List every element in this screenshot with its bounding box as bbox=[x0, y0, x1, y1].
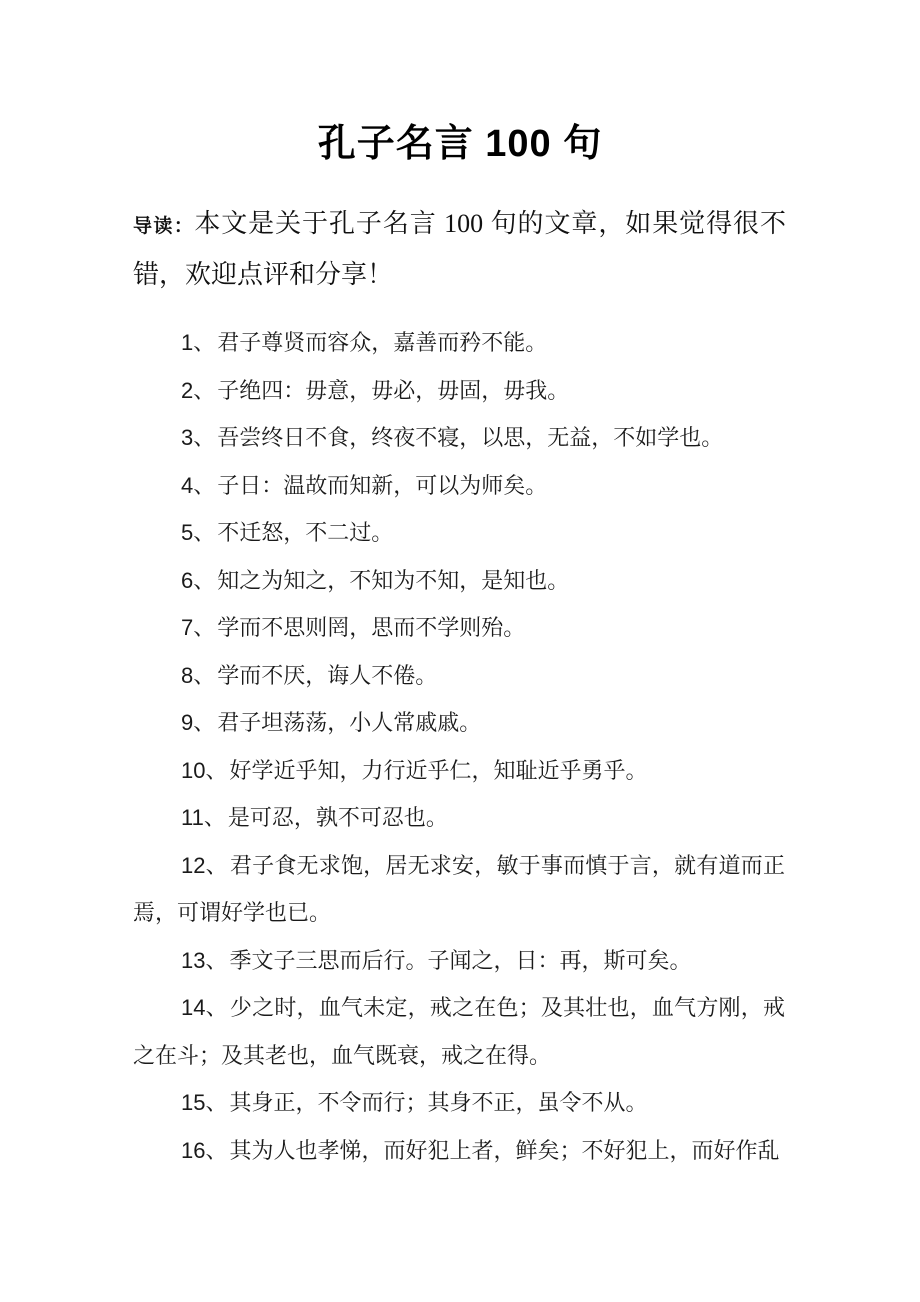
quote-item: 11、是可忍，孰不可忍也。 bbox=[133, 794, 785, 842]
quote-text: 学而不厌，诲人不倦。 bbox=[217, 663, 437, 688]
quote-text: 其为人也孝悌，而好犯上者，鲜矣；不好犯上，而好作乱 bbox=[229, 1138, 779, 1163]
quote-item: 2、子绝四：毋意，毋必，毋固，毋我。 bbox=[133, 367, 785, 415]
quote-number: 16、 bbox=[181, 1138, 229, 1163]
quote-number: 10、 bbox=[181, 758, 229, 783]
quote-text: 君子尊贤而容众，嘉善而矜不能。 bbox=[217, 330, 547, 355]
quote-item: 5、不迁怒，不二过。 bbox=[133, 509, 785, 557]
quote-number: 6、 bbox=[181, 568, 217, 593]
quote-text: 君子坦荡荡，小人常戚戚。 bbox=[217, 710, 481, 735]
quote-text: 子绝四：毋意，毋必，毋固，毋我。 bbox=[217, 378, 569, 403]
quote-number: 14、 bbox=[181, 995, 230, 1020]
quote-item: 6、知之为知之，不知为不知，是知也。 bbox=[133, 557, 785, 605]
quote-text: 好学近乎知，力行近乎仁，知耻近乎勇乎。 bbox=[229, 758, 647, 783]
intro-lead-label: 导读： bbox=[133, 216, 194, 237]
quote-item: 8、学而不厌，诲人不倦。 bbox=[133, 652, 785, 700]
quote-item: 13、季文子三思而后行。子闻之，日：再，斯可矣。 bbox=[133, 937, 785, 985]
quote-text: 知之为知之，不知为不知，是知也。 bbox=[217, 568, 569, 593]
quote-list: 1、君子尊贤而容众，嘉善而矜不能。2、子绝四：毋意，毋必，毋固，毋我。3、吾尝终… bbox=[133, 319, 785, 1174]
document-page: 孔子名言 100 句 导读：本文是关于孔子名言 100 句的文章，如果觉得很不错… bbox=[0, 0, 920, 1302]
quote-item: 9、君子坦荡荡，小人常戚戚。 bbox=[133, 699, 785, 747]
quote-number: 11、 bbox=[181, 805, 228, 830]
quote-item: 1、君子尊贤而容众，嘉善而矜不能。 bbox=[133, 319, 785, 367]
quote-item: 16、其为人也孝悌，而好犯上者，鲜矣；不好犯上，而好作乱 bbox=[133, 1127, 785, 1175]
quote-number: 5、 bbox=[181, 520, 217, 545]
quote-item: 10、好学近乎知，力行近乎仁，知耻近乎勇乎。 bbox=[133, 747, 785, 795]
quote-item: 3、吾尝终日不食，终夜不寝，以思，无益，不如学也。 bbox=[133, 414, 785, 462]
quote-text: 学而不思则罔，思而不学则殆。 bbox=[217, 615, 525, 640]
quote-number: 1、 bbox=[181, 330, 217, 355]
quote-item: 4、子日：温故而知新，可以为师矣。 bbox=[133, 462, 785, 510]
intro-text: 本文是关于孔子名言 100 句的文章，如果觉得很不错，欢迎点评和分享！ bbox=[133, 209, 786, 289]
quote-text: 是可忍，孰不可忍也。 bbox=[228, 805, 448, 830]
quote-item: 15、其身正，不令而行；其身不正，虽令不从。 bbox=[133, 1079, 785, 1127]
quote-text: 子日：温故而知新，可以为师矣。 bbox=[217, 473, 547, 498]
quote-item: 12、君子食无求饱，居无求安，敏于事而慎于言，就有道而正焉，可谓好学也已。 bbox=[133, 842, 785, 937]
quote-text: 其身正，不令而行；其身不正，虽令不从。 bbox=[229, 1090, 647, 1115]
intro-paragraph: 导读：本文是关于孔子名言 100 句的文章，如果觉得很不错，欢迎点评和分享！ bbox=[133, 200, 786, 298]
quote-number: 12、 bbox=[181, 853, 230, 878]
quote-item: 14、少之时，血气未定，戒之在色；及其壮也，血气方刚，戒之在斗；及其老也，血气既… bbox=[133, 984, 785, 1079]
quote-number: 7、 bbox=[181, 615, 217, 640]
quote-number: 13、 bbox=[181, 948, 229, 973]
document-title: 孔子名言 100 句 bbox=[0, 0, 920, 168]
quote-item: 7、学而不思则罔，思而不学则殆。 bbox=[133, 604, 785, 652]
quote-text: 季文子三思而后行。子闻之，日：再，斯可矣。 bbox=[229, 948, 691, 973]
quote-number: 15、 bbox=[181, 1090, 229, 1115]
quote-text: 吾尝终日不食，终夜不寝，以思，无益，不如学也。 bbox=[217, 425, 723, 450]
quote-number: 9、 bbox=[181, 710, 217, 735]
quote-number: 3、 bbox=[181, 425, 217, 450]
quote-text: 君子食无求饱，居无求安，敏于事而慎于言，就有道而正焉，可谓好学也已。 bbox=[133, 853, 785, 926]
quote-text: 少之时，血气未定，戒之在色；及其壮也，血气方刚，戒之在斗；及其老也，血气既衰，戒… bbox=[133, 995, 785, 1068]
quote-text: 不迁怒，不二过。 bbox=[217, 520, 393, 545]
quote-number: 2、 bbox=[181, 378, 217, 403]
quote-number: 4、 bbox=[181, 473, 217, 498]
quote-number: 8、 bbox=[181, 663, 217, 688]
